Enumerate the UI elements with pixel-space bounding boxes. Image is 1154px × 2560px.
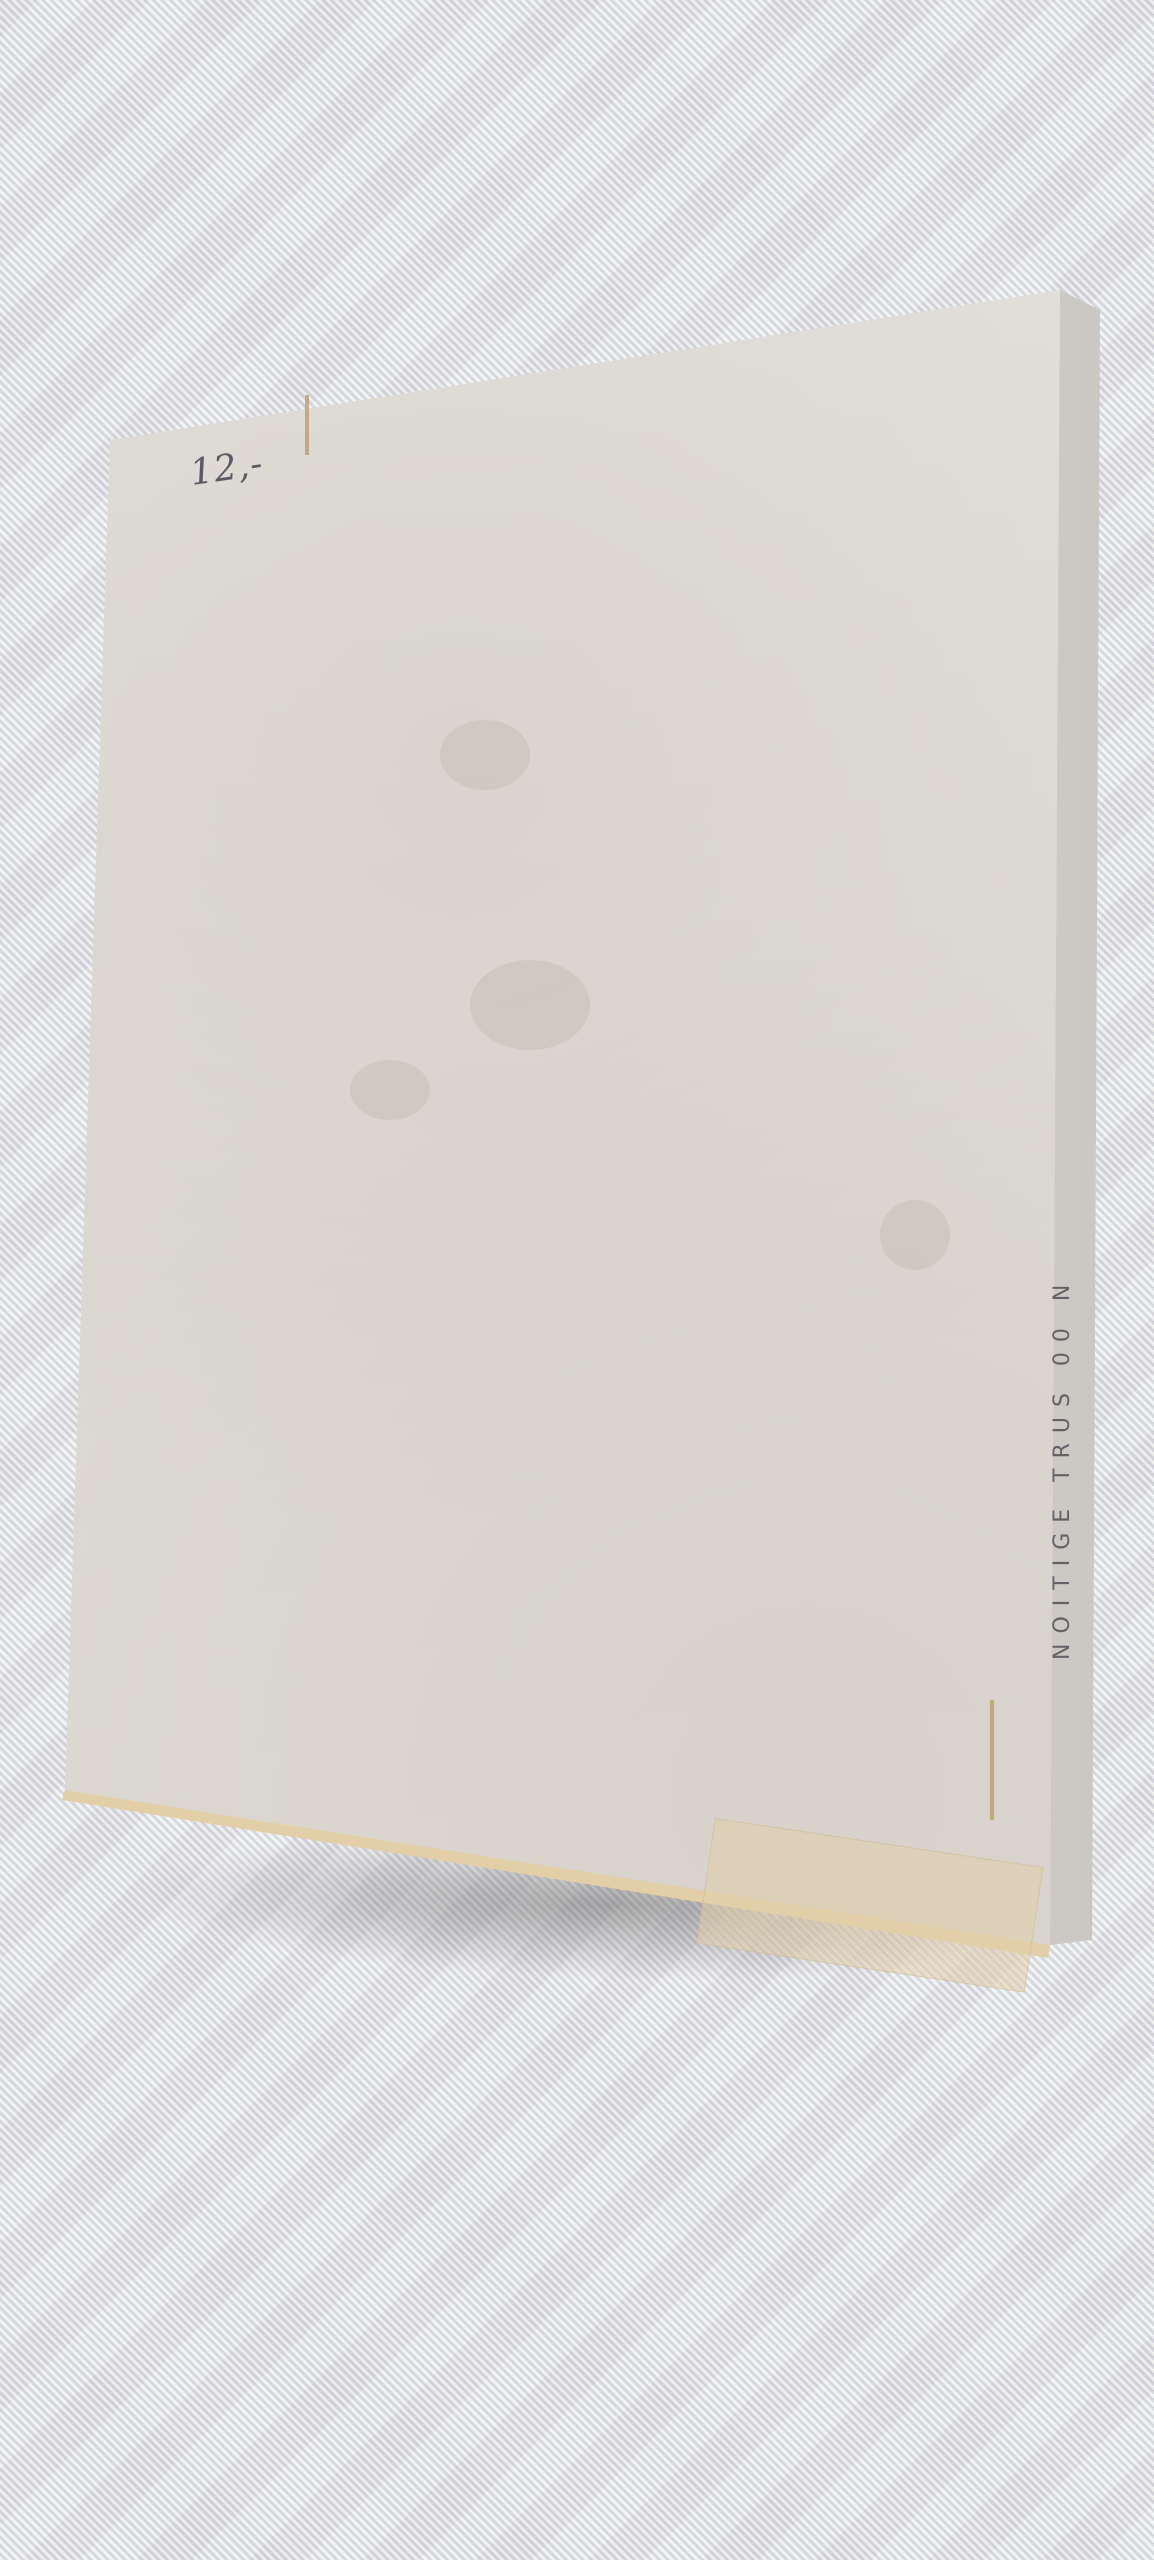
jacket-tear xyxy=(990,1700,994,1820)
book-back-cover xyxy=(0,0,1154,2560)
spine-title-text: NOITIGE TRUS 00 N xyxy=(1050,560,1075,1660)
foxing-stain xyxy=(880,1200,950,1270)
foxing-stain xyxy=(470,960,590,1050)
book: 12,- NOITIGE TRUS 00 N xyxy=(0,0,1154,2560)
jacket-tear xyxy=(305,395,309,455)
foxing-stain xyxy=(440,720,530,790)
foxing-stain xyxy=(350,1060,430,1120)
